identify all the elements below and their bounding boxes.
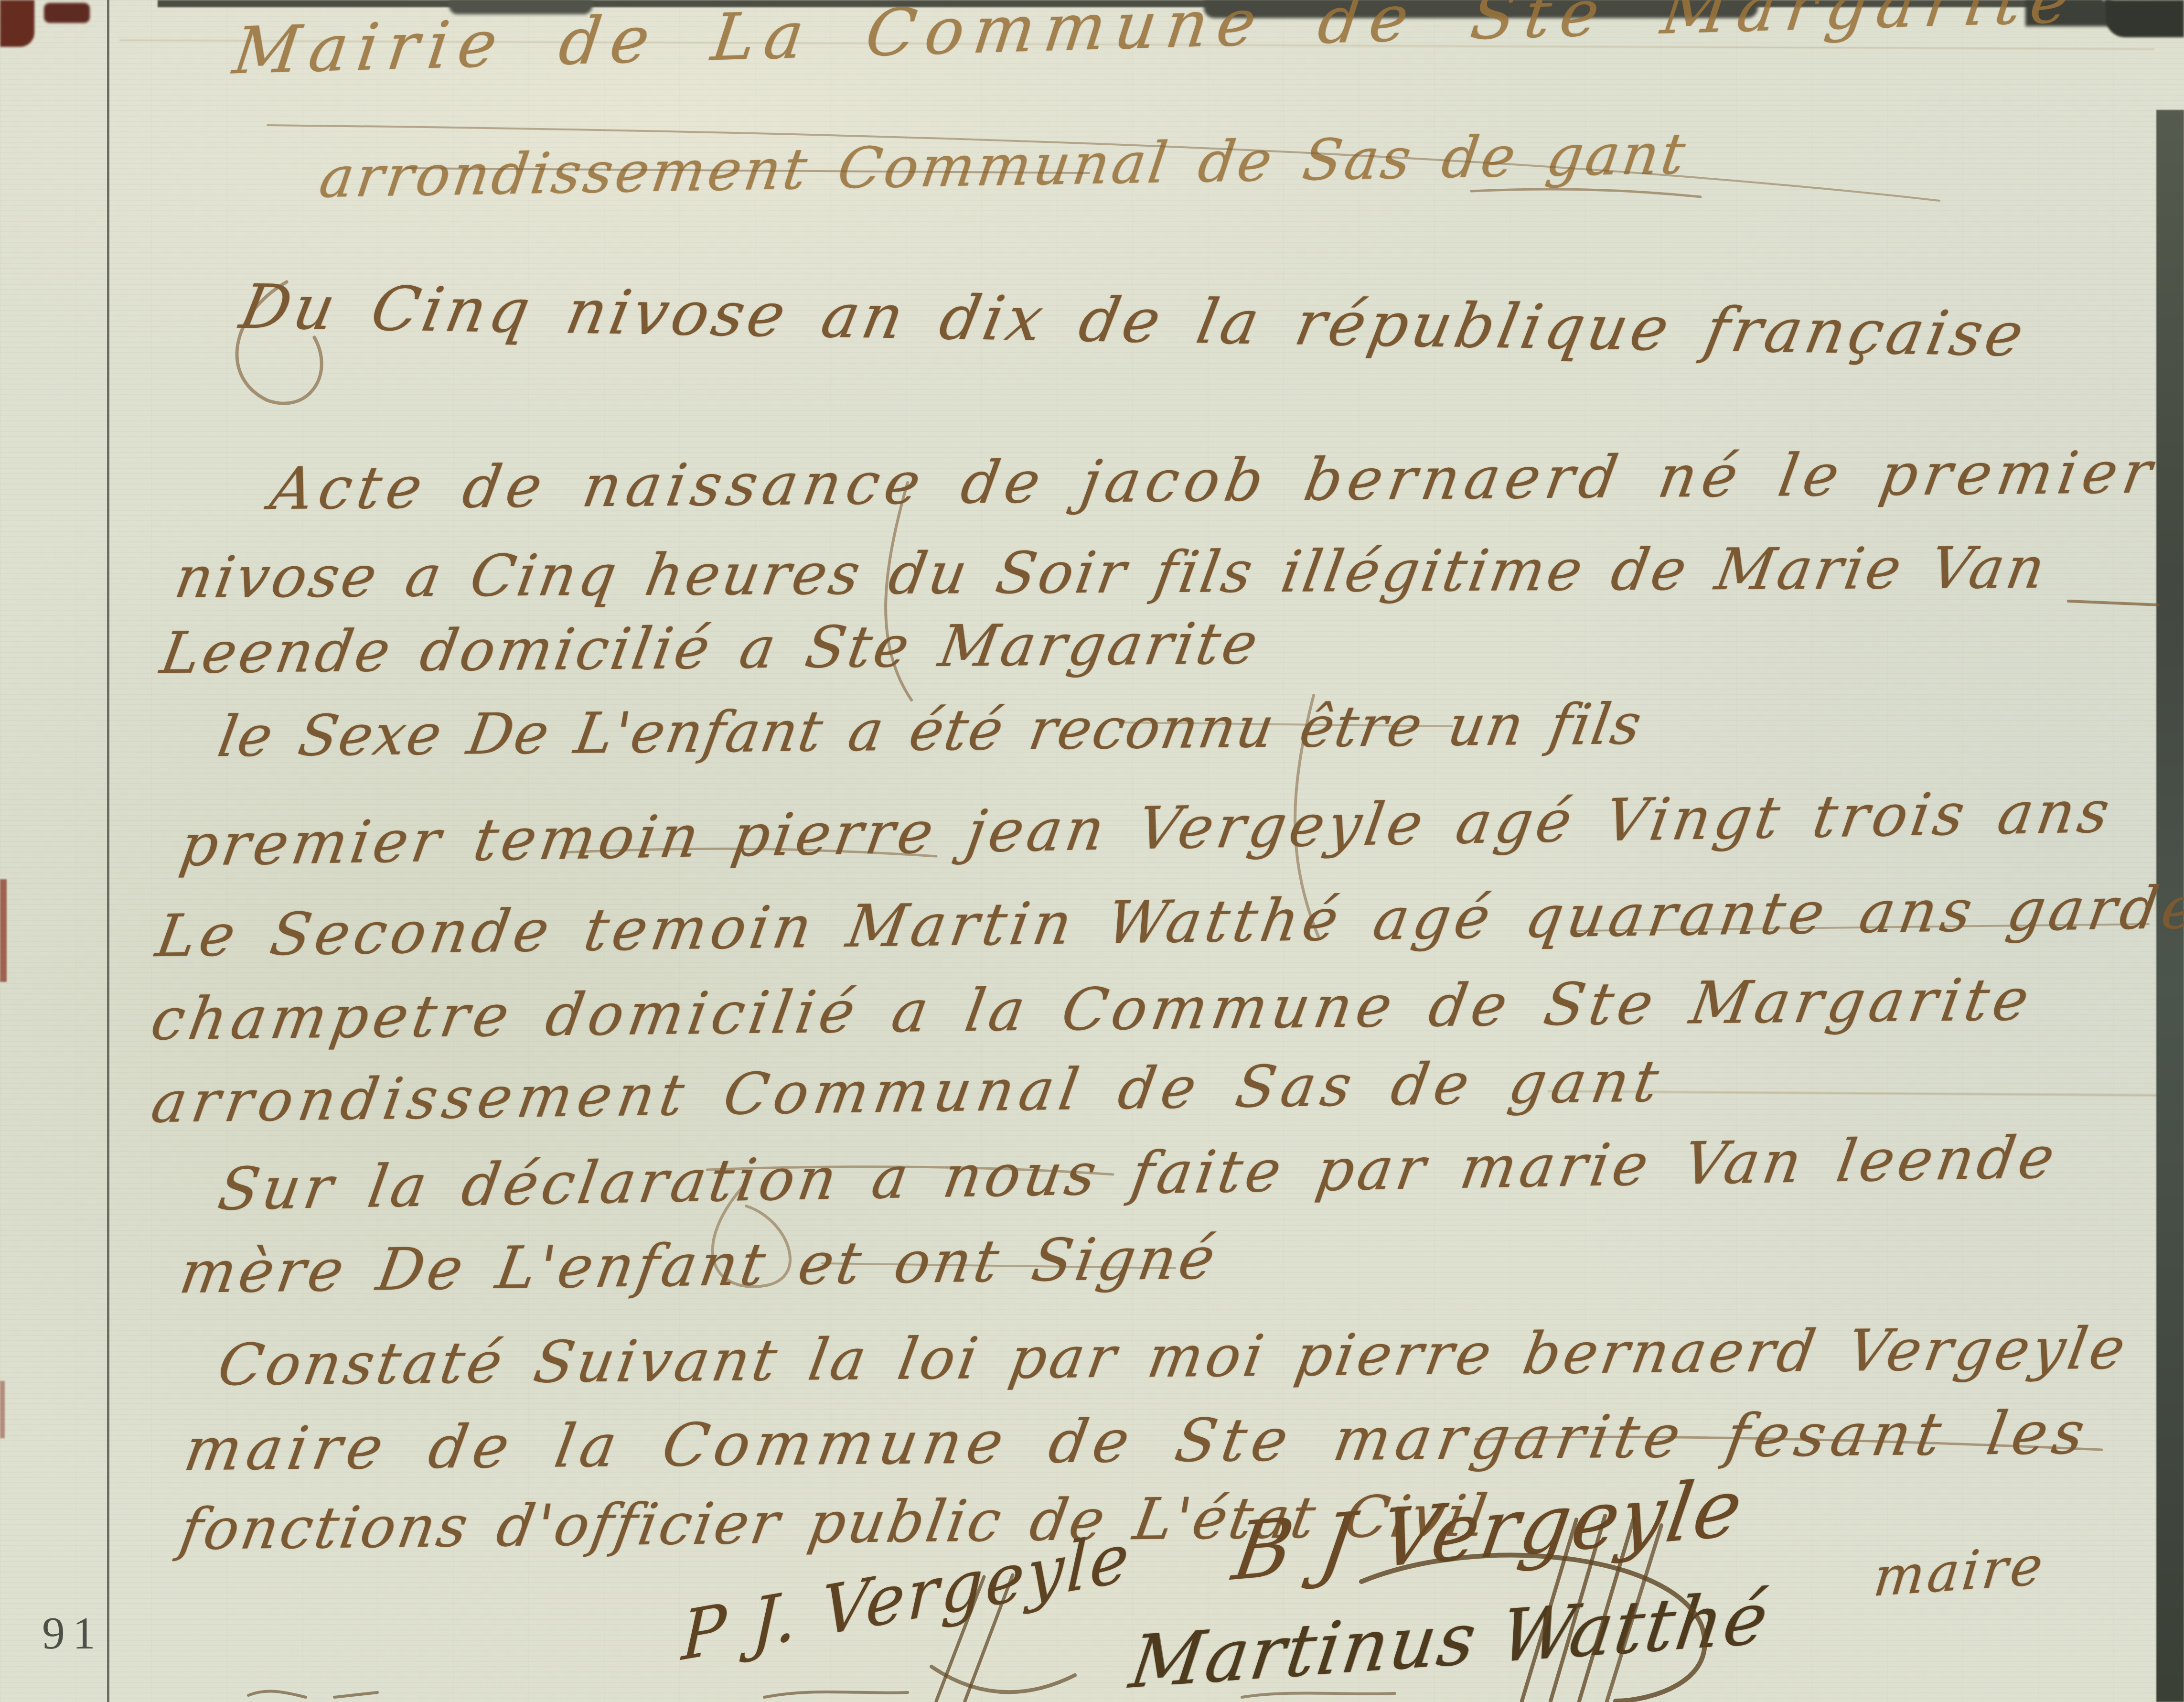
flourish-stroke [1123,722,1452,726]
signature-flourish [1361,1555,1705,1701]
flourish-stroke [237,282,321,403]
cutoff-letter-tops [1242,1693,1395,1697]
flourish-stroke [1295,695,1319,939]
cutoff-letter-tops [334,1692,377,1697]
flourish-stroke [1471,189,1701,197]
ink-flourishes [0,0,2184,1702]
flourish-stroke [886,483,911,700]
flourish-stroke [1576,924,2149,931]
signature-flourish [1551,1516,1605,1701]
flourish-stroke [713,1184,790,1287]
flourish-stroke [2068,601,2158,605]
cutoff-letter-tops [764,1692,908,1697]
signature-flourish [931,1667,1075,1692]
scanned-register-page: 91 Mairie de La Commune de Ste Margarite… [0,0,2184,1702]
signature-flourish [1522,1519,1576,1701]
flourish-stroke [1476,1437,2102,1450]
flourish-stroke [822,1263,1175,1268]
signature-flourish [1579,1519,1634,1701]
flourish-stroke [707,1167,1113,1174]
cutoff-letter-tops [248,1691,306,1697]
signature-flourish [1607,1525,1661,1701]
flourish-stroke [268,125,1939,201]
flourish-stroke [564,849,936,856]
flourish-stroke [406,168,1089,173]
signature-flourish [965,1575,1013,1701]
